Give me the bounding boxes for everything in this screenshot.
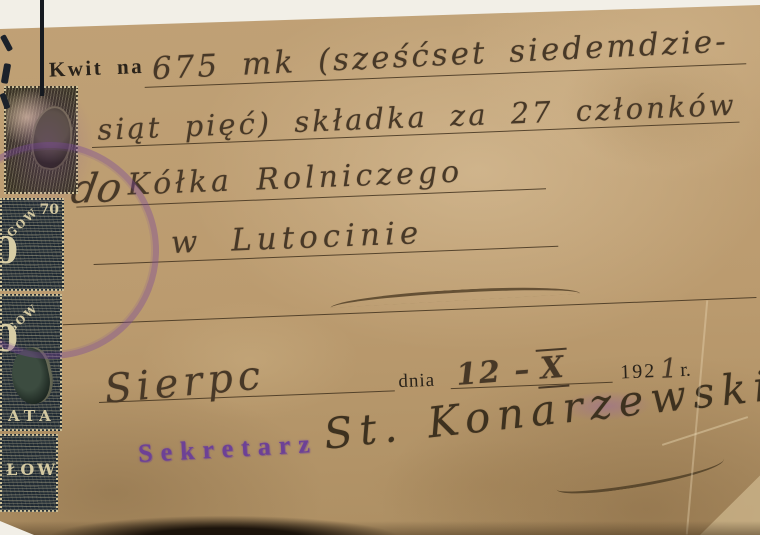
oplata-fragment: ATA: [8, 407, 56, 425]
pen-dash-stroke: [330, 283, 580, 308]
dnia-label: dnia: [398, 370, 436, 393]
scanned-receipt: № 68. — Kwit na 675 mk (sześćset siedemd…: [0, 0, 760, 535]
receipt-card: № 68. — Kwit na 675 mk (sześćset siedemd…: [0, 0, 760, 535]
date-day: 12 –: [455, 352, 533, 392]
location-line: w Lutocinie: [92, 194, 559, 265]
sekretarz-rubber-stamp: Sekretarz: [137, 429, 318, 469]
kwit-na-label: Kwit na: [48, 54, 144, 83]
revenue-stamp-4: ŁOWA: [0, 434, 58, 512]
adjacent-page-line: [40, 0, 44, 96]
organization-handwriting: Kółka Rolniczego: [127, 154, 464, 202]
paper-curl-shadow: [30, 513, 460, 535]
amount-words-handwriting: siąt pięć) składka za 27 członków: [97, 88, 738, 147]
stemplowa-fragment: ŁOWA: [6, 460, 58, 479]
signature-flourish: [554, 450, 726, 499]
location-handwriting: w Lutocinie: [170, 215, 424, 261]
